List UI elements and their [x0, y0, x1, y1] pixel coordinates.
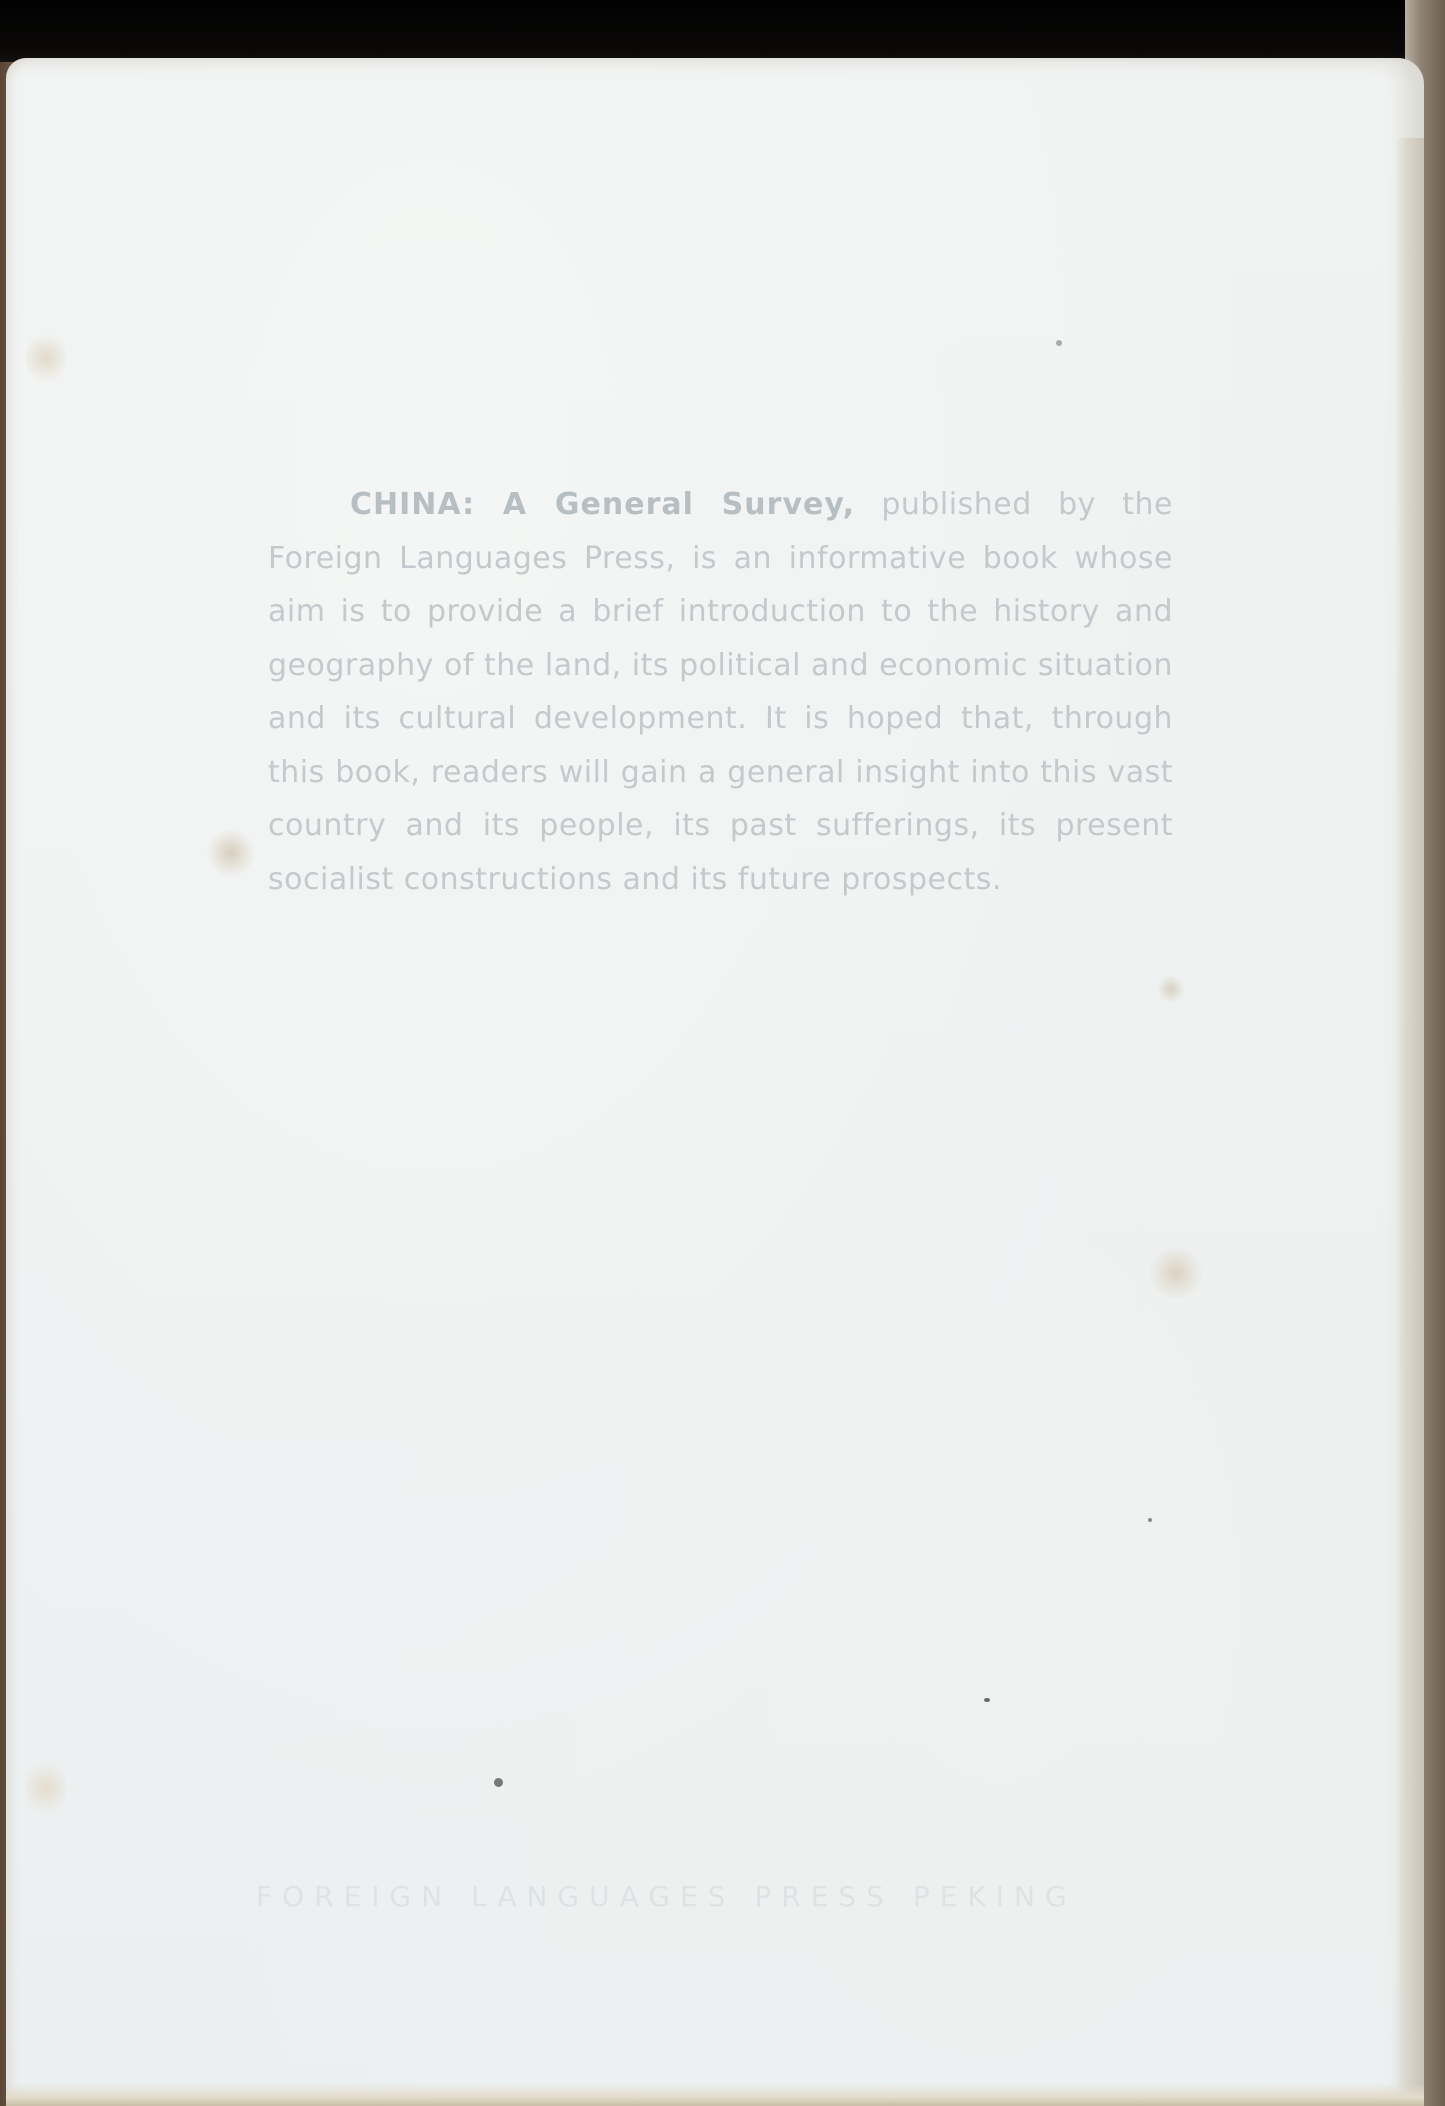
stain-mark [1146, 1248, 1206, 1298]
cover-blurb: CHINA: A General Survey, published by th… [268, 478, 1173, 906]
stain-mark [206, 828, 256, 878]
stain-mark [26, 328, 66, 388]
dot-mark [1056, 340, 1062, 346]
dark-background-top [0, 0, 1445, 62]
dot-mark [984, 1698, 990, 1702]
dot-mark [1148, 1518, 1152, 1522]
dot-mark [494, 1778, 503, 1787]
stain-mark [26, 1758, 66, 1818]
stain-mark [1156, 976, 1186, 1002]
blurb-body: published by the Foreign Languages Press… [268, 487, 1173, 897]
page-edge-bottom [6, 2084, 1424, 2106]
book-title: CHINA: A General Survey, [350, 487, 855, 522]
publisher-imprint: FOREIGN LANGUAGES PRESS PEKING [256, 1880, 1156, 1913]
book-back-cover: CHINA: A General Survey, published by th… [6, 58, 1424, 2106]
page-edge-right [1396, 138, 1424, 2098]
